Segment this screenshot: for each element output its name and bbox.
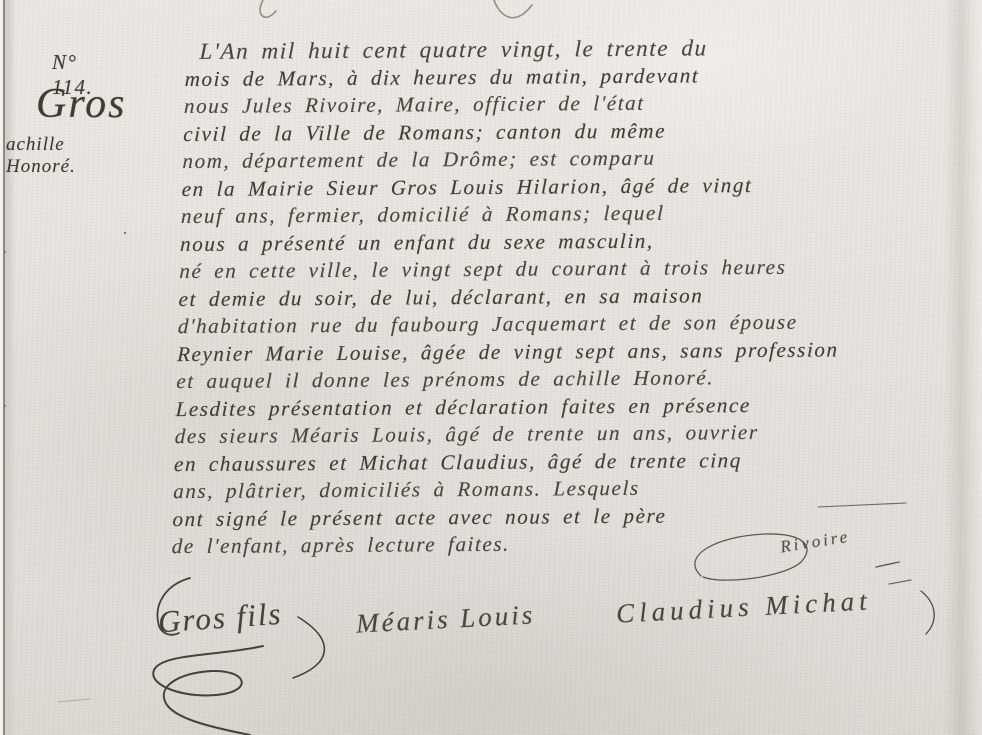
gros-fils-tail-curve — [293, 617, 324, 678]
handwritten-line: ans, plâtrier, domiciliés à Romans. Lesq… — [173, 473, 964, 506]
rivoire-dash-1 — [876, 562, 899, 567]
registry-scan-page: N° 114. Gros achille Honoré. L'An mil hu… — [0, 0, 982, 735]
gros-paraph-loop — [153, 646, 263, 735]
handwritten-line: neuf ans, fermier, domicilié à Romans; l… — [181, 198, 972, 231]
handwritten-line: des sieurs Méaris Louis, âgé de trente u… — [174, 418, 965, 451]
signature-claudius-michat: Claudius Michat — [615, 585, 872, 629]
page-left-edge — [0, 0, 16, 735]
signature-gros-fils: Gros fils — [157, 596, 284, 641]
michat-final-flourish — [921, 591, 934, 634]
handwritten-line: nom, département de la Drôme; est compar… — [182, 143, 973, 176]
margin-surname: Gros — [36, 80, 126, 128]
rivoire-dash-2 — [889, 580, 911, 584]
ink-speck-3 — [124, 232, 126, 234]
top-ink-stroke-2 — [494, 0, 532, 18]
margin-given-names: achille Honoré. — [6, 134, 76, 178]
handwritten-line: L'An mil huit cent quatre vingt, le tren… — [185, 32, 976, 65]
bottom-left-smudge — [58, 699, 90, 702]
handwritten-line: nous Jules Rivoire, Maire, officier de l… — [184, 87, 975, 120]
top-ink-stroke-1 — [260, 0, 276, 17]
act-body-text: L'An mil huit cent quatre vingt, le tren… — [171, 32, 976, 560]
handwritten-line: et auquel il donne les prénoms de achill… — [176, 363, 967, 396]
handwritten-line: né en cette ville, le vingt sept du cour… — [179, 253, 970, 286]
signature-mearis-louis: Méaris Louis — [355, 599, 536, 639]
handwritten-line: d'habitation rue du faubourg Jacquemart … — [178, 308, 969, 341]
